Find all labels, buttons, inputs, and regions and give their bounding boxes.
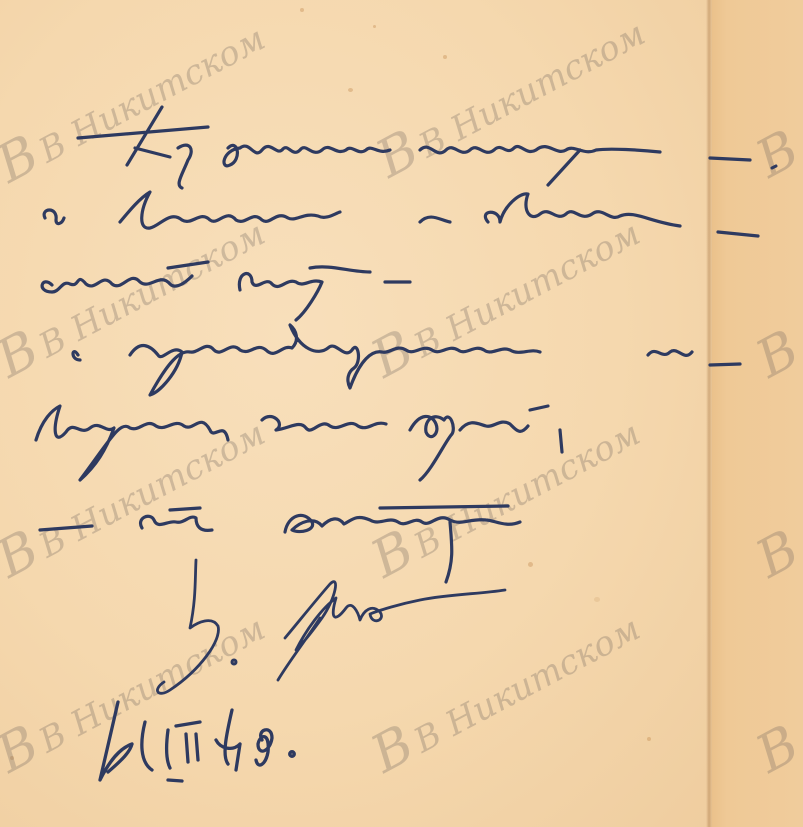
handwritten-inscription [0,0,803,827]
inscription-line-2 [44,192,758,236]
margin-mark [772,166,776,168]
inscription-line-6 [40,506,520,582]
signature [157,560,505,693]
inscription-line-1 [78,107,750,188]
document-photo: В В Никитском В В Никитском В В Никитско… [0,0,803,827]
inscription-line-4 [73,325,740,395]
date [100,702,294,781]
inscription-line-5 [36,406,562,480]
inscription-line-3 [42,262,410,320]
